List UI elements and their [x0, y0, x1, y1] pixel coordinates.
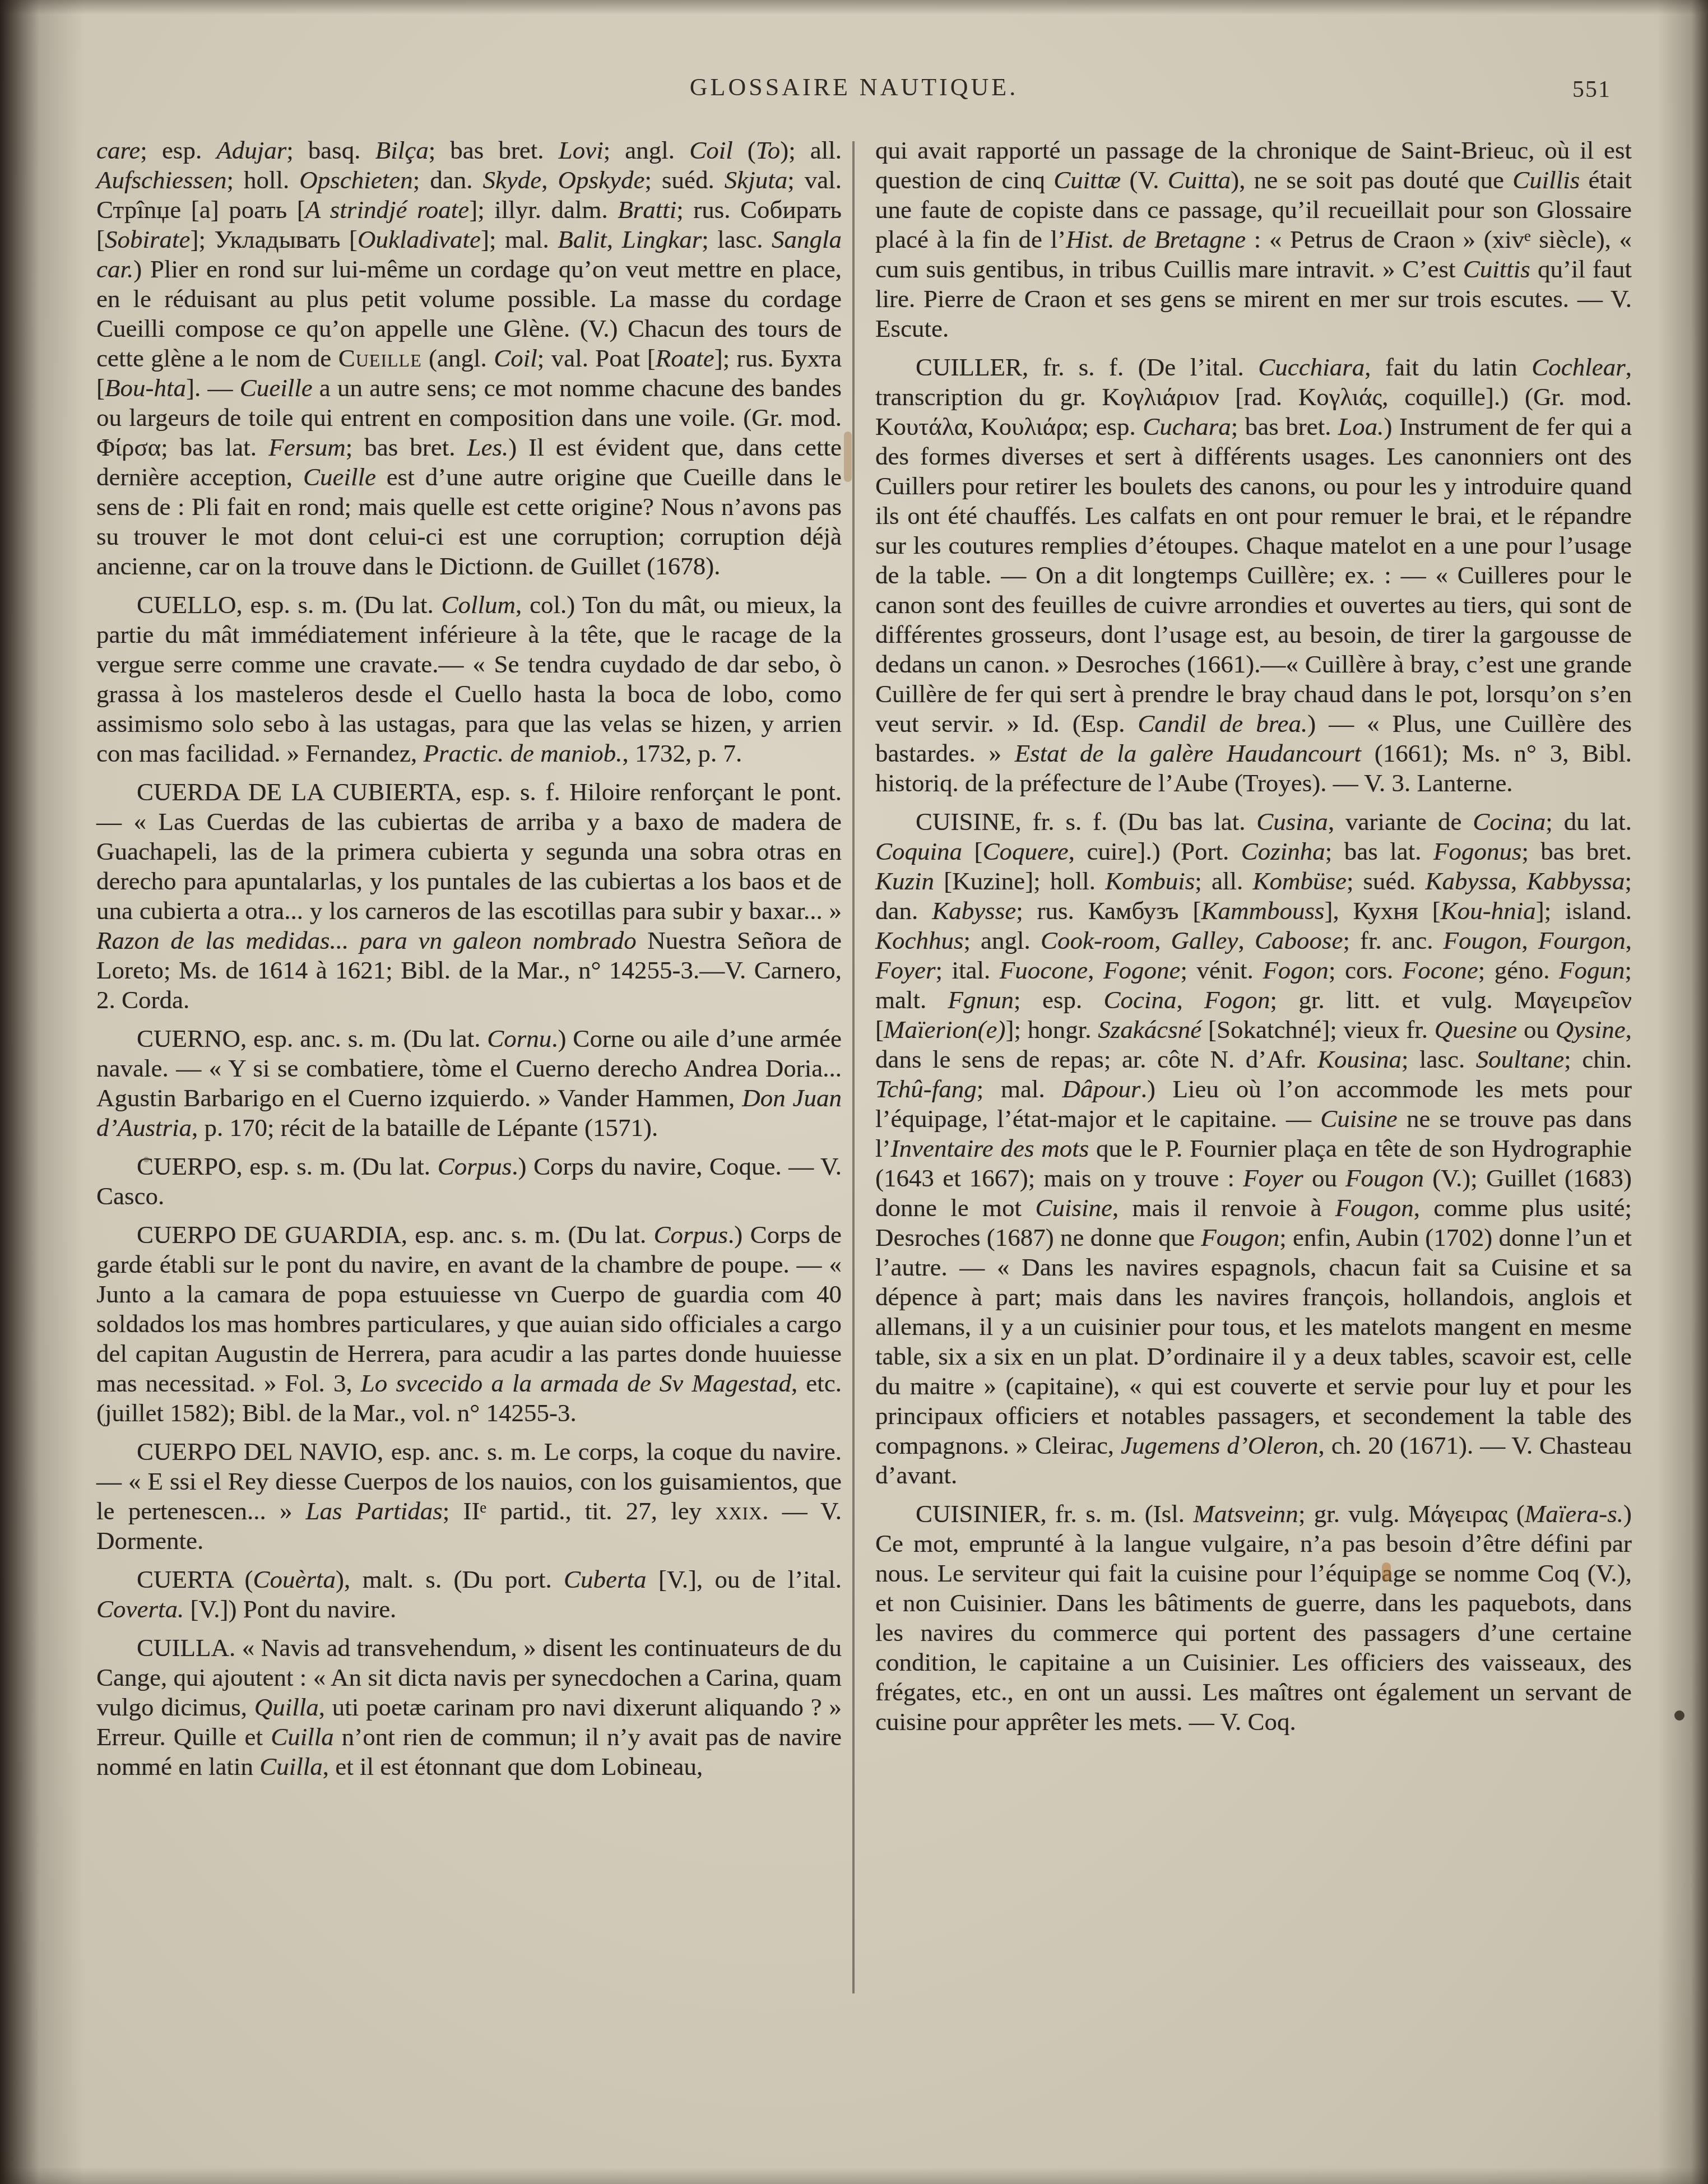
- italic-term: Maïerion(e): [884, 1016, 1005, 1044]
- italic-term: Kousina: [1317, 1045, 1401, 1073]
- italic-term: Galley: [1171, 926, 1238, 954]
- paragraph: CUISINE, fr. s. f. (Du bas lat. Cusina, …: [875, 807, 1632, 1490]
- italic-term: Cuilla: [259, 1752, 323, 1780]
- italic-term: Focone: [1403, 956, 1478, 984]
- italic-term: Roate: [656, 344, 714, 372]
- italic-term: Oukladivate: [358, 225, 481, 253]
- italic-term: To: [756, 136, 780, 164]
- italic-term: Cocina: [1103, 986, 1176, 1014]
- page-edge-shadow-bottom: [0, 2167, 1708, 2184]
- italic-term: Cusina: [1256, 808, 1328, 836]
- italic-term: Cuberta: [564, 1565, 647, 1593]
- paragraph: care; esp. Adujar; basq. Bilça; bas bret…: [96, 136, 842, 581]
- italic-term: Cuilla: [271, 1723, 334, 1751]
- italic-term: Fogon: [1204, 986, 1270, 1014]
- italic-term: Fuocone: [1000, 956, 1088, 984]
- italic-term: Fogon: [1263, 956, 1329, 984]
- paragraph: CUERPO, esp. s. m. (Du lat. Corpus.) Cor…: [96, 1152, 842, 1211]
- italic-term: Razon de las medidas... para vn galeon n…: [96, 926, 637, 954]
- italic-term: Fougon: [1345, 1164, 1424, 1192]
- italic-term: Cuisine: [1035, 1194, 1112, 1222]
- italic-term: Coquere: [982, 837, 1068, 865]
- italic-term: Coil: [689, 136, 733, 164]
- left-text-column: care; esp. Adujar; basq. Bilça; bas bret…: [96, 136, 842, 1791]
- italic-term: Kammbouss: [1201, 897, 1324, 925]
- page-title: GLOSSAIRE NAUTIQUE.: [0, 73, 1708, 101]
- italic-term: Lovi: [559, 136, 604, 164]
- italic-term: Les.: [467, 433, 508, 461]
- italic-term: Adujar: [216, 136, 286, 164]
- italic-term: Fougon: [1335, 1194, 1414, 1222]
- italic-term: Kombüse: [1252, 867, 1347, 895]
- italic-term: Don Juan d’Austria: [96, 1084, 842, 1142]
- italic-term: Coquina: [875, 837, 962, 865]
- italic-term: care: [96, 136, 140, 164]
- italic-term: Corpus: [438, 1152, 512, 1180]
- italic-term: Maïera-s.: [1525, 1500, 1623, 1528]
- italic-term: Caboose: [1255, 926, 1343, 954]
- paragraph: CUERPO DEL NAVIO, esp. anc. s. m. Le cor…: [96, 1437, 842, 1556]
- italic-term: Fougon: [1201, 1223, 1279, 1251]
- small-caps-term: Cueille: [338, 344, 422, 372]
- italic-term: Balit: [558, 225, 607, 253]
- paragraph: CUELLO, esp. s. m. (Du lat. Collum, col.…: [96, 590, 842, 768]
- column-divider: [852, 141, 855, 1993]
- italic-term: Fgnun: [948, 986, 1014, 1014]
- paragraph: CUERDA DE LA CUBIERTA, esp. s. f. Hiloir…: [96, 777, 842, 1015]
- italic-term: Cook-room: [1041, 926, 1154, 954]
- italic-term: Jugemens d’Oleron: [1121, 1431, 1319, 1459]
- italic-term: Kuzin: [875, 867, 934, 895]
- italic-term: Cochlear: [1531, 353, 1625, 381]
- paragraph: CUERPO DE GUARDIA, esp. anc. s. m. (Du l…: [96, 1220, 842, 1428]
- italic-term: Bratti: [618, 196, 676, 224]
- italic-term: Cocina: [1473, 808, 1545, 836]
- italic-term: Opschieten: [299, 166, 412, 194]
- italic-term: Cueille: [240, 374, 313, 402]
- italic-term: Candil de brea.: [1138, 710, 1307, 738]
- foxing-stain: [844, 432, 852, 482]
- italic-term: Cuittis: [1463, 255, 1530, 283]
- italic-term: Quilla: [254, 1693, 319, 1721]
- italic-term: Practic. de maniob.: [424, 739, 623, 767]
- italic-term: Skjuta: [725, 166, 787, 194]
- italic-term: Kombuis: [1105, 867, 1195, 895]
- paragraph: CUERTA (Couèrta), malt. s. (Du port. Cub…: [96, 1565, 842, 1624]
- italic-term: Cozinha: [1241, 837, 1325, 865]
- italic-term: Szakácsné: [1098, 1016, 1201, 1044]
- italic-term: Cueille: [303, 463, 376, 491]
- italic-term: Dâpour: [1062, 1075, 1141, 1103]
- italic-term: Las Partidas: [306, 1497, 443, 1525]
- italic-term: Foyer: [1243, 1164, 1303, 1192]
- paragraph: CUERNO, esp. anc. s. m. (Du lat. Cornu.)…: [96, 1024, 842, 1143]
- italic-term: Inventaire des mots: [891, 1134, 1089, 1162]
- italic-term: Cuisine: [1320, 1105, 1398, 1133]
- paragraph: CUILLER, fr. s. f. (De l’ital. Cucchiara…: [875, 353, 1632, 798]
- italic-term: Qysine: [1556, 1016, 1626, 1044]
- paragraph: CUISINIER, fr. s. m. (Isl. Matsveinn; gr…: [875, 1499, 1632, 1737]
- italic-term: Aufschiessen: [96, 166, 226, 194]
- italic-term: Bou-hta: [105, 374, 186, 402]
- italic-term: Foyer: [875, 956, 935, 984]
- italic-term: Cuittæ: [1053, 166, 1121, 194]
- italic-term: Kabbyssa: [1526, 867, 1625, 895]
- italic-term: Cuchara: [1143, 412, 1231, 440]
- small-caps-term: xxix: [715, 1497, 762, 1525]
- italic-term: Fourgon: [1538, 926, 1626, 954]
- italic-term: Fogone: [1103, 956, 1180, 984]
- paragraph: CUILLA. « Navis ad transvehendum, » dise…: [96, 1633, 842, 1782]
- paragraph: qui avait rapporté un passage de la chro…: [875, 136, 1632, 344]
- italic-term: Fersum: [268, 433, 345, 461]
- scanned-book-page: GLOSSAIRE NAUTIQUE. 551 care; esp. Aduja…: [0, 0, 1708, 2184]
- italic-term: Kou-hnia: [1441, 897, 1536, 925]
- italic-term: Opskyde: [558, 166, 645, 194]
- italic-term: Fogun: [1559, 956, 1625, 984]
- italic-term: Lo svcecido a la armada de Sv Magestad: [361, 1369, 791, 1397]
- italic-term: Kochhus: [875, 926, 964, 954]
- italic-term: Skyde: [482, 166, 541, 194]
- italic-term: Bilça: [375, 136, 429, 164]
- italic-term: Couèrta: [253, 1565, 336, 1593]
- italic-term: Cuillis: [1512, 166, 1580, 194]
- italic-term: Quesine: [1435, 1016, 1517, 1044]
- italic-term: Sobirate: [105, 225, 191, 253]
- italic-term: Kabyssa: [1426, 867, 1511, 895]
- page-edge-shadow-right: [1658, 0, 1708, 2184]
- italic-term: Cuitta: [1168, 166, 1231, 194]
- right-text-column: qui avait rapporté un passage de la chro…: [875, 136, 1632, 1746]
- italic-term: A strindjé roate: [305, 196, 470, 224]
- page-edge-shadow-left: [0, 0, 84, 2184]
- italic-term: Estat de la galère Haudancourt: [1015, 739, 1361, 767]
- italic-term: Matsveinn: [1193, 1500, 1298, 1528]
- italic-term: Loa.: [1338, 412, 1384, 440]
- italic-term: Coil: [494, 344, 537, 372]
- italic-term: Lingkar: [622, 225, 702, 253]
- italic-term: Hist. de Bretagne: [1066, 225, 1246, 253]
- italic-term: Cornu: [487, 1024, 551, 1052]
- italic-term: Cucchiara: [1258, 353, 1364, 381]
- page-edge-shadow-top: [0, 0, 1708, 15]
- italic-term: Kabysse: [932, 897, 1016, 925]
- page-number: 551: [1572, 76, 1611, 103]
- italic-term: Tchû-fang: [875, 1075, 977, 1103]
- italic-term: Fogonus: [1433, 837, 1522, 865]
- italic-term: Coverta.: [96, 1595, 184, 1623]
- italic-term: Corpus: [654, 1221, 728, 1249]
- italic-term: Soultane: [1476, 1045, 1564, 1073]
- italic-term: Fougon: [1444, 926, 1522, 954]
- italic-term: Collum: [442, 591, 516, 619]
